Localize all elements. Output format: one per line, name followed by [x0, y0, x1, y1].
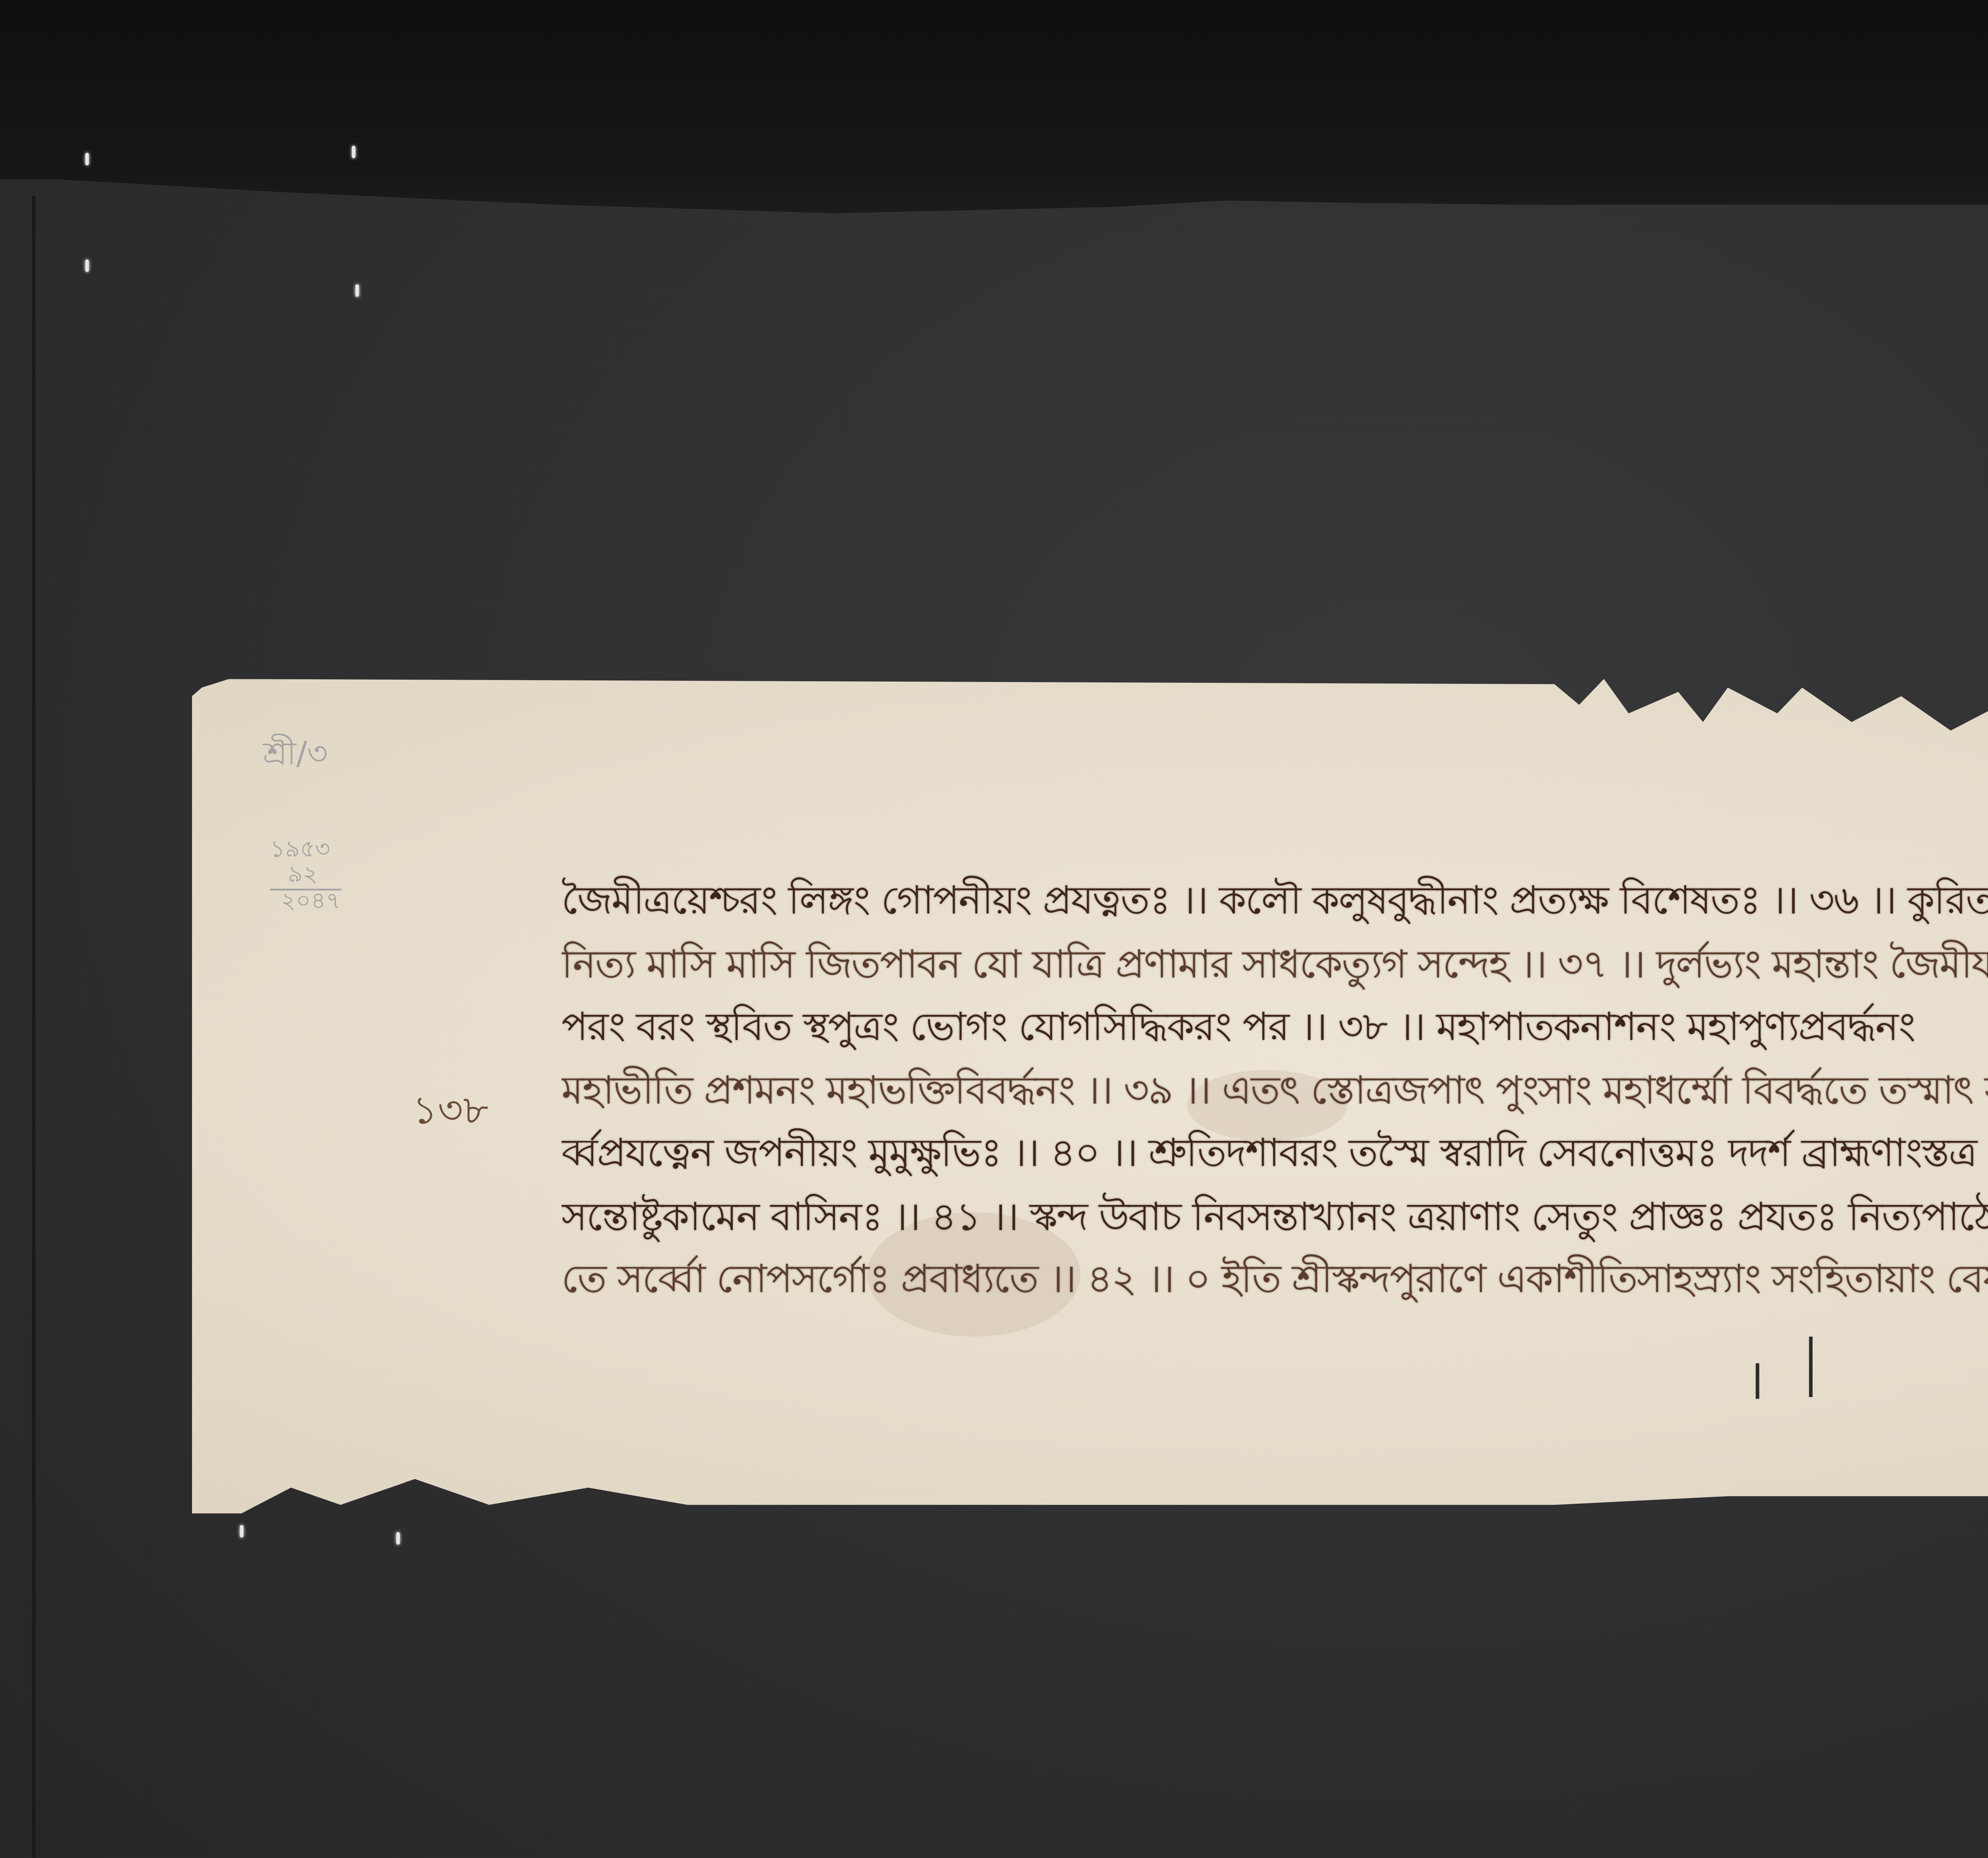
board-edge — [32, 196, 35, 1858]
photo-viewport: শ্রী/৩ ১৯৫৩ ৯২ ২০৪৭ স্কন্দপুরাণ ১৩৮ জৈমী… — [0, 0, 1988, 1858]
pin-icon — [396, 1532, 400, 1545]
catalog-number: ২০৪৭ — [270, 889, 341, 915]
text-line: পরং বরং স্থবিত স্থপুত্রং ভোগং যোগসিদ্ধিক… — [561, 997, 1988, 1060]
text-line: সন্তোষ্টুকামেন বাসিনঃ ।। ৪১ ।। স্কন্দ উব… — [561, 1186, 1988, 1250]
pin-icon — [85, 260, 89, 272]
pin-icon — [352, 146, 355, 158]
text-line: নিত্য মাসি মাসি জিতপাবন যো যাত্রি প্রণাম… — [561, 934, 1988, 997]
catalog-number: ১৯৫৩ — [270, 839, 341, 864]
pin-icon — [85, 153, 89, 165]
catalog-number: ৯২ — [270, 864, 341, 889]
crack — [1756, 1363, 1759, 1399]
text-line: র্ব্বপ্রযত্নেন জপনীয়ং মুমুক্ষুভিঃ ।। ৪০… — [561, 1123, 1988, 1187]
crack — [1809, 1337, 1813, 1397]
page-number: ১৩৮ — [412, 1081, 489, 1146]
pin-icon — [240, 1525, 243, 1537]
pin-icon — [355, 284, 359, 297]
text-line: জৈমীত্রয়েশ্চরং লিঙ্গং গোপনীয়ং প্রযত্নত… — [561, 871, 1988, 934]
manuscript-text: জৈমীত্রয়েশ্চরং লিঙ্গং গোপনীয়ং প্রযত্নত… — [561, 871, 1988, 1313]
text-line: তে সর্ব্বো নোপসর্গোঃ প্রবাধ্যতে ।। ৪২ ।।… — [561, 1250, 1988, 1313]
pencil-catalog-number: ১৯৫৩ ৯২ ২০৪৭ — [270, 839, 341, 915]
pencil-mark: শ্রী/৩ — [263, 729, 328, 784]
photo-stage: শ্রী/৩ ১৯৫৩ ৯২ ২০৪৭ স্কন্দপুরাণ ১৩৮ জৈমী… — [0, 0, 1988, 1858]
text-line: মহাভীতি প্রশমনং মহাভক্তিবিবর্দ্ধনং ।। ৩৯… — [561, 1060, 1988, 1123]
folder-flap — [0, 0, 1988, 213]
